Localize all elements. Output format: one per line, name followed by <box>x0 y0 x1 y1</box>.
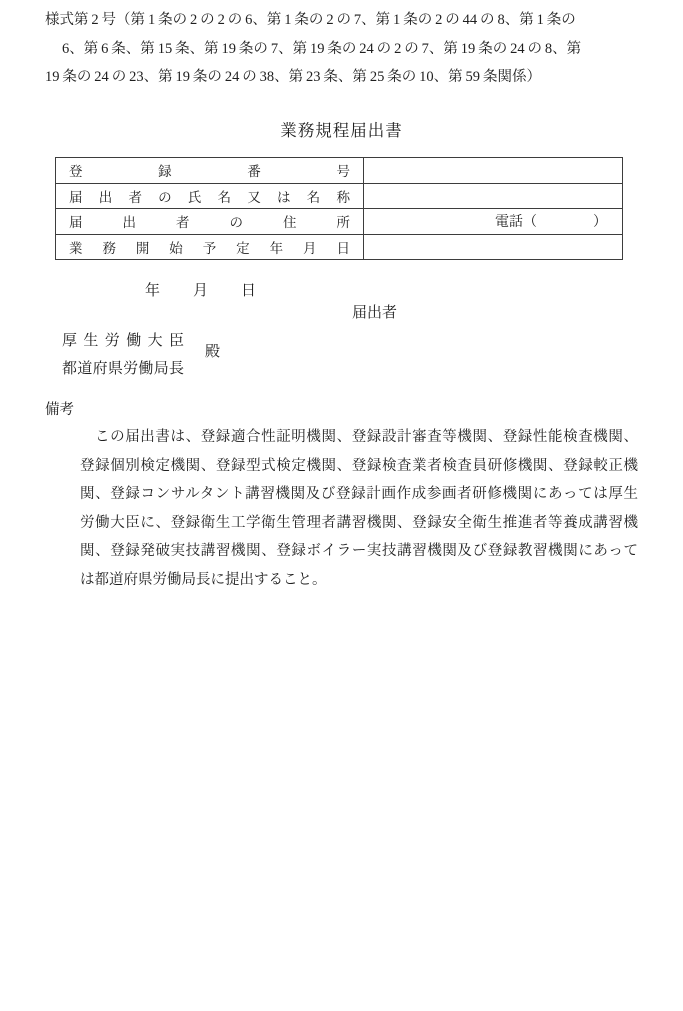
page-title: 業務規程届出書 <box>0 117 683 141</box>
addressee-bureau-director: 都道府県労働局長 <box>62 356 184 384</box>
form-reference-line: 6、第 6 条、第 15 条、第 19 条の 7、第 19 条の 24 の 2 … <box>62 35 645 64</box>
remarks-paragraph: この届出書は、登録適合性証明機関、登録設計審査等機関、登録性能検査機関、 登録個… <box>80 423 638 595</box>
remarks-line: 関、登録発破実技講習機関、登録ボイラー実技講習機関及び登録教習機関にあって <box>80 537 638 566</box>
form-reference-line: 19 条の 24 の 23、第 19 条の 24 の 38、第 23 条、第 2… <box>45 63 645 92</box>
notification-table: 登録番号 届出者の氏名又は名称 届出者の住所 電話（ ） 業務開始予定年月日 <box>55 157 623 260</box>
remarks-line: 労働大臣に、登録衛生工学衛生管理者講習機関、登録安全衛生推進者等養成講習機 <box>80 509 638 538</box>
remarks-line: は都道府県労働局長に提出すること。 <box>80 566 638 595</box>
table-row: 登録番号 <box>56 158 623 184</box>
row-label-notifier-address: 届出者の住所 <box>56 209 364 235</box>
day-label: 日 <box>241 279 256 300</box>
remarks-line: この届出書は、登録適合性証明機関、登録設計審査等機関、登録性能検査機関、 <box>80 423 638 452</box>
addressee-minister: 厚生労働大臣 <box>62 328 184 356</box>
phone-label: 電話（ ） <box>495 215 607 230</box>
table-row: 届出者の住所 電話（ ） <box>56 209 623 235</box>
submitter-label: 届出者 <box>352 301 397 322</box>
table-row: 届出者の氏名又は名称 <box>56 183 623 209</box>
addressee-block: 厚生労働大臣 都道府県労働局長 <box>62 328 184 383</box>
remarks-line: 関、登録コンサルタント講習機関及び登録計画作成参画者研修機関にあっては厚生 <box>80 480 638 509</box>
table-row: 業務開始予定年月日 <box>56 234 623 260</box>
form-reference-line: 様式第 2 号（第 1 条の 2 の 2 の 6、第 1 条の 2 の 7、第 … <box>45 6 645 35</box>
row-value-registration-number <box>364 158 623 184</box>
row-value-notifier-address: 電話（ ） <box>364 209 623 235</box>
row-label-business-start-date: 業務開始予定年月日 <box>56 234 364 260</box>
remarks-heading: 備考 <box>45 398 74 419</box>
honorific-den: 殿 <box>205 340 220 361</box>
form-reference: 様式第 2 号（第 1 条の 2 の 2 の 6、第 1 条の 2 の 7、第 … <box>45 6 645 92</box>
row-label-registration-number: 登録番号 <box>56 158 364 184</box>
year-label: 年 <box>145 279 160 300</box>
row-value-business-start-date <box>364 234 623 260</box>
row-label-notifier-name: 届出者の氏名又は名称 <box>56 183 364 209</box>
date-line: 年 月 日 <box>145 279 256 300</box>
row-value-notifier-name <box>364 183 623 209</box>
document-page: 様式第 2 号（第 1 条の 2 の 2 の 6、第 1 条の 2 の 7、第 … <box>0 0 683 1011</box>
month-label: 月 <box>193 279 208 300</box>
remarks-line: 登録個別検定機関、登録型式検定機関、登録検査業者検査員研修機関、登録較正機 <box>80 452 638 481</box>
